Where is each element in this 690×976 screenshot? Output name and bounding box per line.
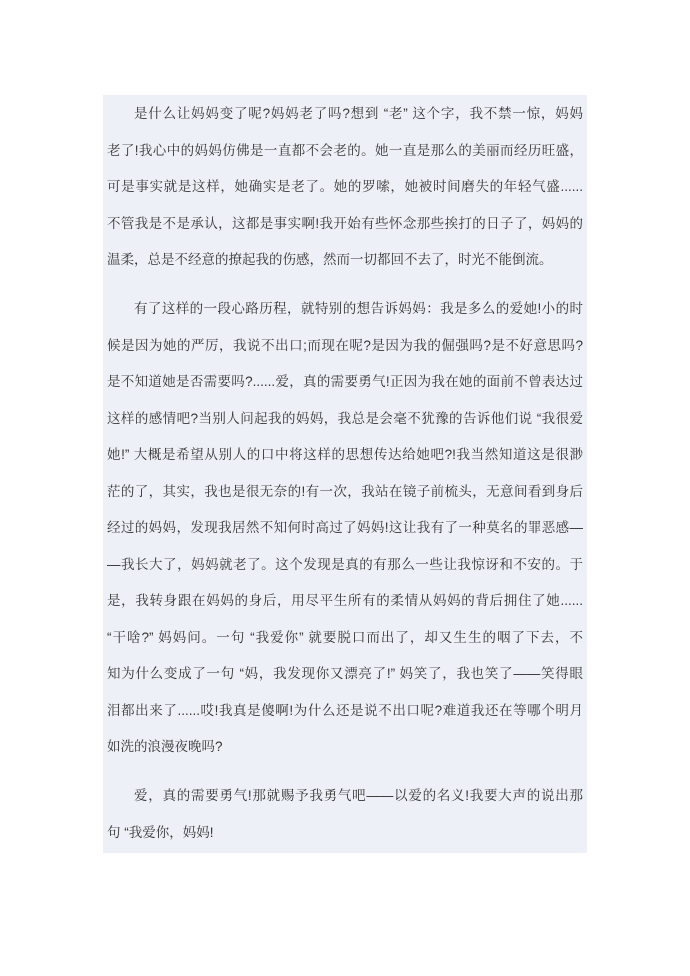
- text-line: 知为什么变成了一句 “妈，我发现你又漂亮了!” 妈笑了，我也笑了——笑得眼: [107, 656, 583, 693]
- document-page: 是什么让妈妈变了呢?妈妈老了吗?想到 “老” 这个字，我不禁一惊，妈妈老了!我心…: [0, 0, 690, 976]
- text-line: 是什么让妈妈变了呢?妈妈老了吗?想到 “老” 这个字，我不禁一惊，妈妈: [107, 96, 583, 133]
- text-line: —我长大了，妈妈就老了。这个发现是真的有那么一些让我惊讶和不安的。于: [107, 547, 583, 584]
- text-line: 有了这样的一段心路历程，就特别的想告诉妈妈：我是多么的爱她!小的时: [107, 291, 583, 328]
- text-line: 爱，真的需要勇气!那就赐予我勇气吧——以爱的名义!我要大声的说出那: [107, 778, 583, 815]
- text-line: 茫的了，其实，我也是很无奈的!有一次，我站在镜子前梳头，无意间看到身后: [107, 474, 583, 511]
- text-line: 是不知道她是否需要吗?......爱，真的需要勇气!正因为我在她的面前不曾表达过: [107, 364, 583, 401]
- text-line: 不管我是不是承认，这都是事实啊!我开始有些怀念那些挨打的日子了，妈妈的: [107, 206, 583, 243]
- text-line: 可是事实就是这样，她确实是老了。她的罗嗦，她被时间磨失的年轻气盛......: [107, 169, 583, 206]
- text-line: 她!” 大概是希望从别人的口中将这样的思想传达给她吧?!我当然知道这是很渺: [107, 437, 583, 474]
- text-line: 经过的妈妈，发现我居然不知何时高过了妈妈!这让我有了一种莫名的罪恶感—: [107, 510, 583, 547]
- text-line: 泪都出来了......哎!我真是傻啊!为什么还是说不出口呢?难道我还在等哪个明月: [107, 693, 583, 730]
- text-line: 这样的感情吧?当别人问起我的妈妈，我总是会毫不犹豫的告诉他们说 “我很爱: [107, 401, 583, 438]
- text-line: 温柔，总是不经意的撩起我的伤感，然而一切都回不去了，时光不能倒流。: [107, 242, 583, 279]
- text-line: “干啥?” 妈妈问。一句 “我爱你” 就要脱口而出了，却又生生的咽了下去，不: [107, 620, 583, 657]
- text-line: 是，我转身跟在妈妈的身后，用尽平生所有的柔情从妈妈的背后拥住了她......: [107, 583, 583, 620]
- text-line: 老了!我心中的妈妈仿佛是一直都不会老的。她一直是那么的美丽而经历旺盛，: [107, 133, 583, 170]
- text-line: 候是因为她的严厉，我说不出口;而现在呢?是因为我的倔强吗?是不好意思吗?: [107, 328, 583, 365]
- text-line: 如洗的浪漫夜晚吗?: [107, 729, 583, 766]
- paragraph: 是什么让妈妈变了呢?妈妈老了吗?想到 “老” 这个字，我不禁一惊，妈妈老了!我心…: [107, 96, 583, 279]
- text-line: 句 “我爱你，妈妈!: [107, 815, 583, 852]
- essay-text-block: 是什么让妈妈变了呢?妈妈老了吗?想到 “老” 这个字，我不禁一惊，妈妈老了!我心…: [103, 95, 587, 853]
- paragraph: 爱，真的需要勇气!那就赐予我勇气吧——以爱的名义!我要大声的说出那句 “我爱你，…: [107, 778, 583, 851]
- paragraph: 有了这样的一段心路历程，就特别的想告诉妈妈：我是多么的爱她!小的时候是因为她的严…: [107, 291, 583, 766]
